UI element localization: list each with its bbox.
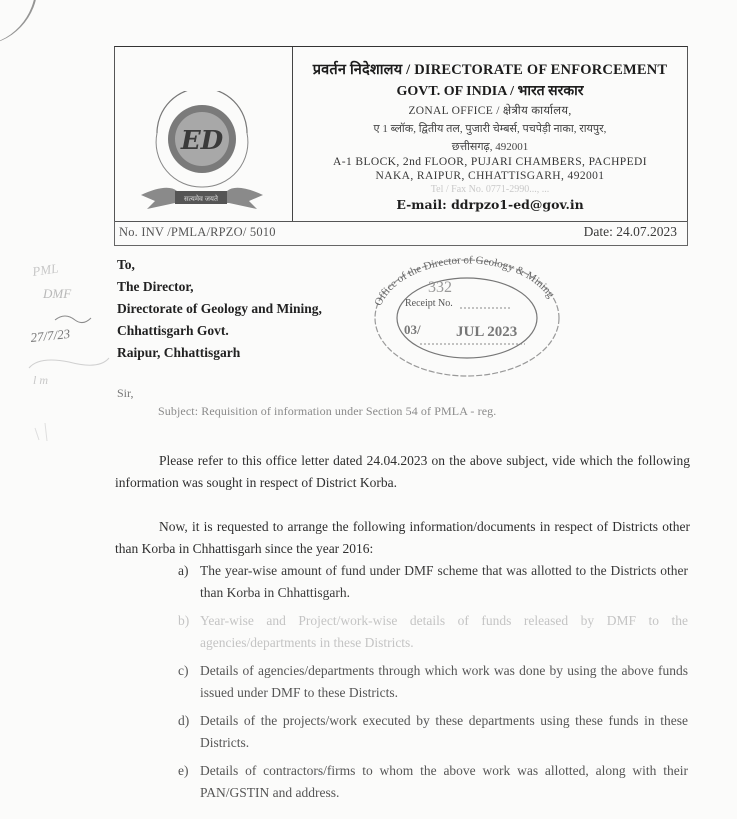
letterhead: ED सत्यमेव जयते प्रवर्तन निदेशालय / DIRE… (114, 46, 688, 222)
reference-number: No. INV /PMLA/RPZO/ 5010 (119, 225, 276, 240)
addressee-line: Chhattisgarh Govt. (117, 320, 322, 342)
email-address: E-mail: ddrpzo1-ed@gov.in (293, 197, 687, 212)
reference-bar: No. INV /PMLA/RPZO/ 5010 Date: 24.07.202… (114, 221, 688, 246)
svg-text:सत्यमेव जयते: सत्यमेव जयते (184, 194, 219, 203)
zonal-office: ZONAL OFFICE / क्षेत्रीय कार्यालय, (293, 103, 687, 118)
list-item: d)Details of the projects/work executed … (178, 710, 688, 754)
list-item: a)The year-wise amount of fund under DMF… (178, 560, 688, 604)
enforcement-directorate-emblem-icon: ED सत्यमेव जयते (137, 91, 267, 215)
handwritten-margin-notes: PML DMF 27/7/23 l m (25, 258, 115, 448)
body-paragraph-1: Please refer to this office letter dated… (115, 450, 690, 494)
letterhead-text-panel: प्रवर्तन निदेशालय / DIRECTORATE OF ENFOR… (293, 47, 687, 221)
body-paragraph-2: Now, it is requested to arrange the foll… (115, 516, 690, 560)
salutation: Sir, (117, 386, 134, 401)
addressee-line: Raipur, Chhattisgarh (117, 342, 322, 364)
letterhead-logo-panel: ED सत्यमेव जयते (115, 47, 293, 221)
svg-text:DMF: DMF (42, 286, 72, 301)
svg-text:PML: PML (30, 260, 59, 279)
list-item: c)Details of agencies/departments throug… (178, 660, 688, 704)
svg-text:Receipt No.: Receipt No. (405, 298, 453, 309)
telephone-number: Tel / Fax No. 0771-2990..., ... (293, 184, 687, 195)
address-english-line-1: A-1 BLOCK, 2nd FLOOR, PUJARI CHAMBERS, P… (293, 156, 687, 168)
subject-line: Subject: Requisition of information unde… (158, 404, 496, 419)
addressee-to: To, (117, 254, 322, 276)
department-title: प्रवर्तन निदेशालय / DIRECTORATE OF ENFOR… (293, 59, 687, 79)
addressee-line: Directorate of Geology and Mining, (117, 298, 322, 320)
svg-text:ED: ED (180, 126, 224, 156)
page-edge-shadow (0, 0, 37, 55)
addressee-line: The Director, (117, 276, 322, 298)
svg-text:332: 332 (428, 279, 452, 296)
svg-text:JUL 2023: JUL 2023 (456, 324, 517, 340)
address-english-line-2: NAKA, RAIPUR, CHHATTISGARH, 492001 (293, 170, 687, 182)
address-hindi: ए 1 ब्लॉक, द्वितीय तल, पुजारी चेम्बर्स, … (293, 121, 687, 136)
list-item: e)Details of contractors/firms to whom t… (178, 760, 688, 804)
svg-text:l m: l m (33, 373, 48, 387)
addressee-block: To, The Director, Directorate of Geology… (117, 254, 322, 364)
pin-hindi: छत्तीसगढ़, 492001 (293, 139, 687, 154)
svg-text:27/7/23: 27/7/23 (30, 326, 72, 345)
letter-date: Date: 24.07.2023 (584, 224, 677, 240)
receipt-stamp: Office of the Director of Geology & Mini… (360, 250, 570, 380)
svg-text:03/: 03/ (404, 322, 421, 337)
government-name: GOVT. OF INDIA / भारत सरकार (293, 81, 687, 100)
requested-items-list: a)The year-wise amount of fund under DMF… (178, 560, 688, 810)
list-item: b)Year-wise and Project/work-wise detail… (178, 610, 688, 654)
